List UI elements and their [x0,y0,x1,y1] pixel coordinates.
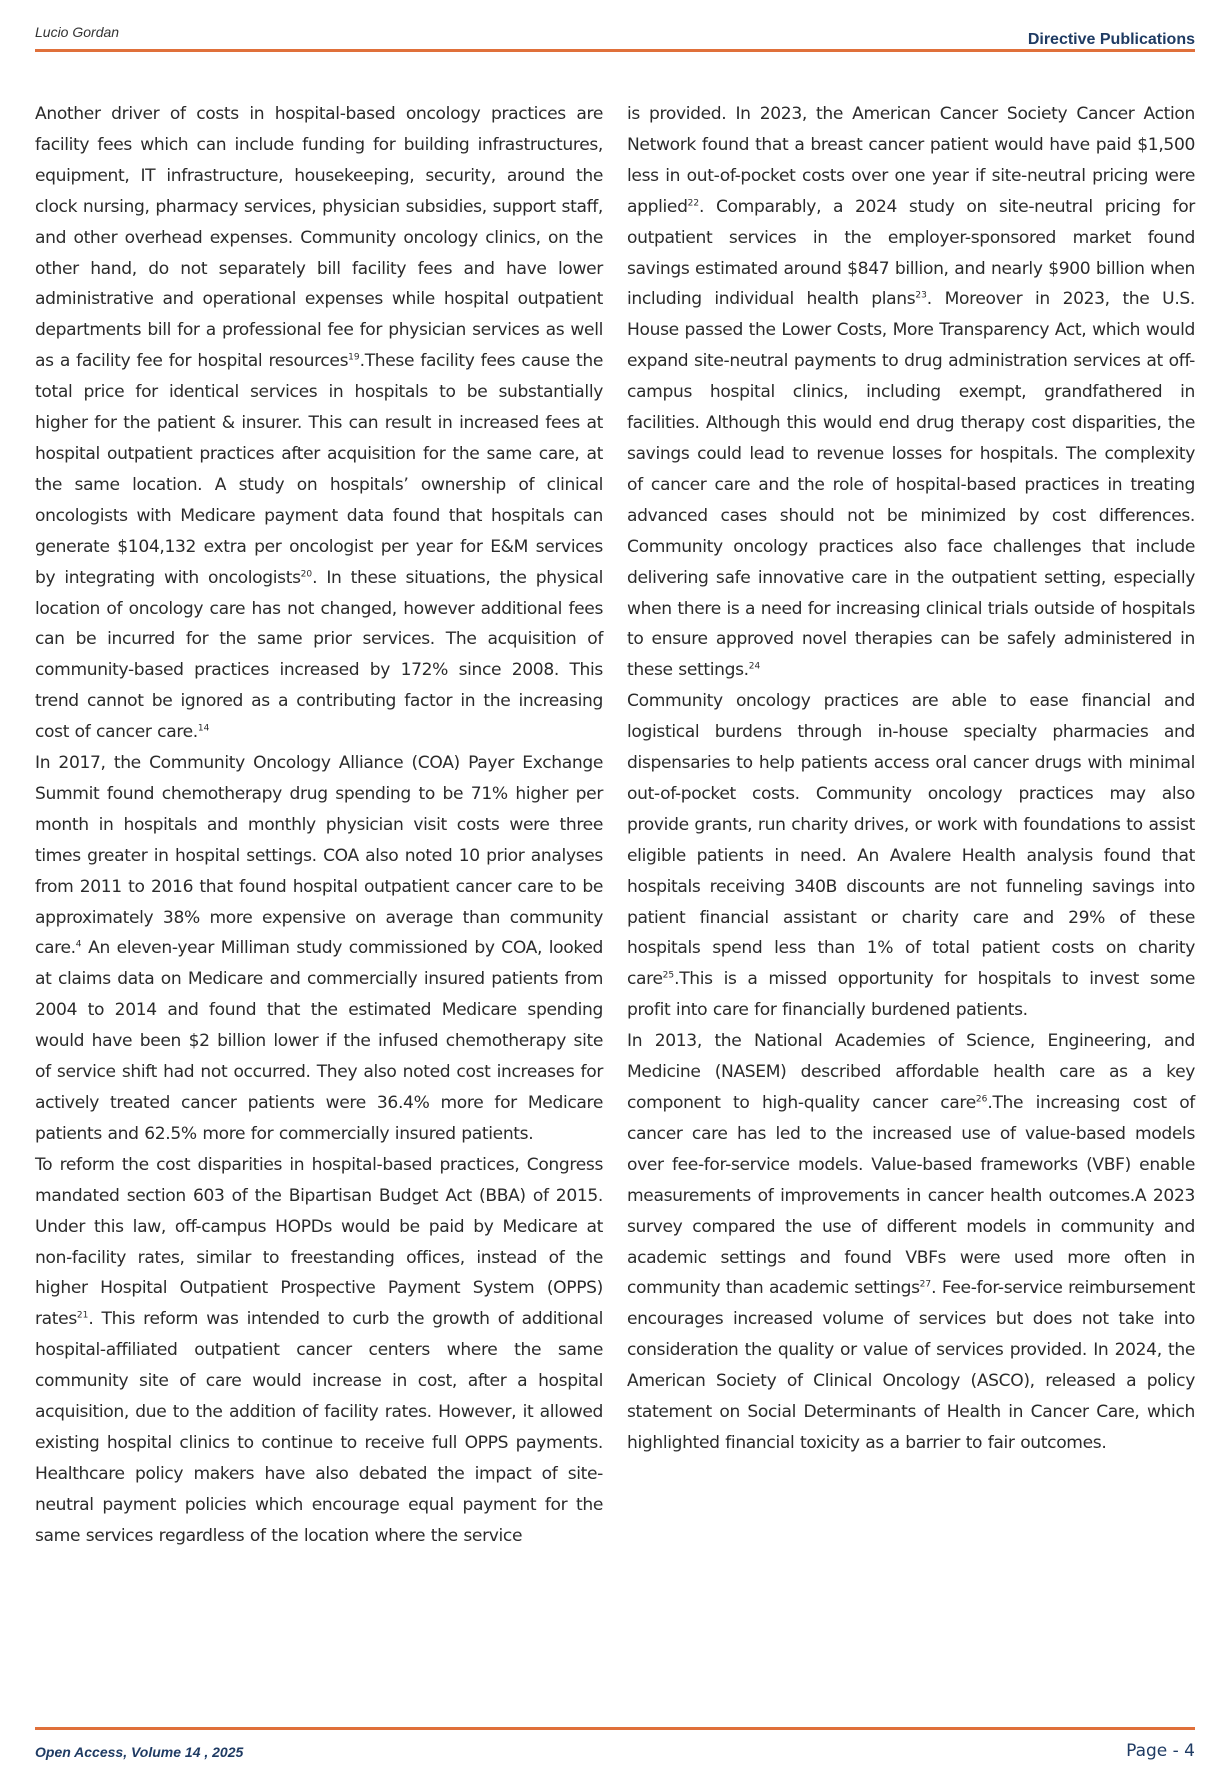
left-column: Another driver of costs in hospital-base… [35,99,603,1552]
journal-info: Open Access, Volume 14 , 2025 [35,1744,243,1760]
citation-ref: 24 [749,662,760,672]
right-column: is provided. In 2023, the American Cance… [627,99,1195,1552]
article-body: Another driver of costs in hospital-base… [35,99,1195,1552]
citation-ref: 20 [301,569,312,579]
citation-ref: 19 [348,353,359,363]
page-header: Lucio Gordan Directive Publications [35,0,1195,52]
paragraph: In 2017, the Community Oncology Alliance… [35,748,603,1150]
citation-ref: 14 [198,723,209,733]
citation-ref: 26 [976,1094,987,1104]
footer-divider [35,1727,1195,1730]
author-name: Lucio Gordan [35,24,119,40]
citation-ref: 27 [920,1280,931,1290]
citation-ref: 25 [663,971,674,981]
paragraph: To reform the cost disparities in hospit… [35,1150,603,1552]
header-divider [35,49,1195,52]
page-footer: Open Access, Volume 14 , 2025 Page - 4 [35,1724,1195,1774]
citation-ref: 21 [77,1311,88,1321]
citation-ref: 23 [915,291,926,301]
paragraph: is provided. In 2023, the American Cance… [627,99,1195,686]
paragraph: In 2013, the National Academies of Scien… [627,1026,1195,1459]
citation-ref: 22 [688,198,699,208]
paragraph: Another driver of costs in hospital-base… [35,99,603,748]
paragraph: Community oncology practices are able to… [627,686,1195,1026]
citation-ref: 4 [76,940,82,950]
page-number: Page - 4 [1126,1741,1195,1761]
publisher-name: Directive Publications [1028,31,1195,49]
